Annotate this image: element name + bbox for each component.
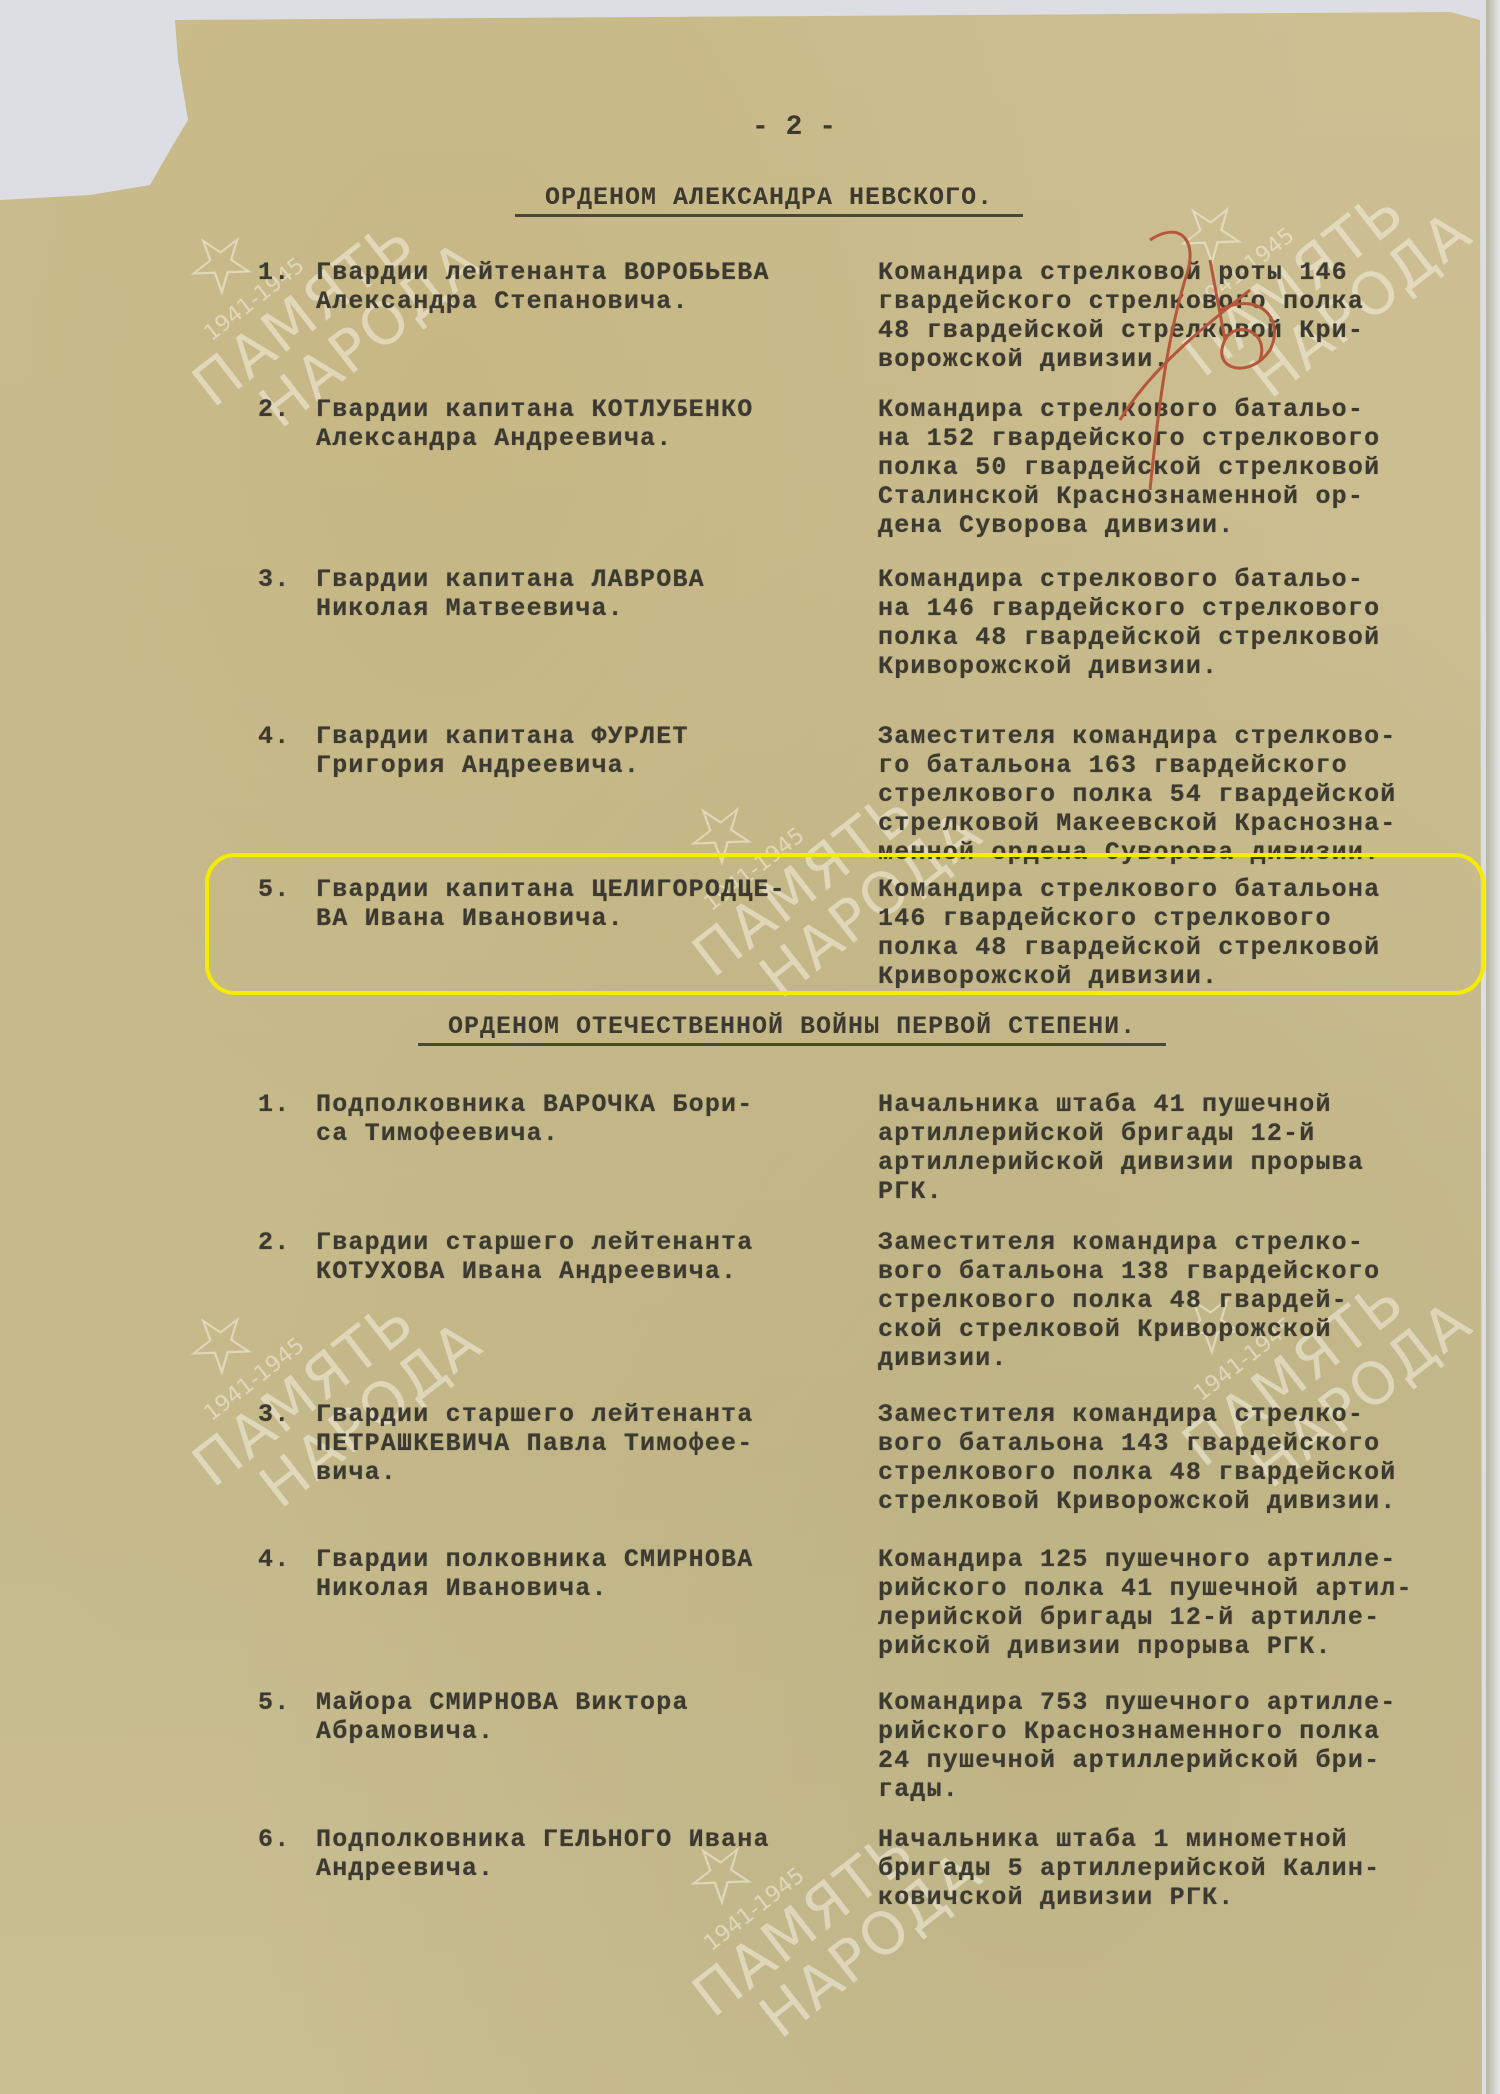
award-nominee-name: 3.Гвардии капитана ЛАВРОВА Николая Матве… [258, 565, 705, 623]
award-nominee-name: 5.Майора СМИРНОВА Виктора Абрамовича. [258, 1688, 689, 1746]
award-nominee-position: Начальника штаба 1 минометной бригады 5 … [878, 1825, 1380, 1912]
name-line: Абрамовича. [316, 1717, 494, 1746]
position-line: Командира 125 пушечного артилле- [878, 1545, 1396, 1574]
position-line: рийского полка 41 пушечной артил- [878, 1574, 1413, 1603]
entry-number: 3. [258, 565, 316, 594]
award-nominee-name: 2.Гвардии старшего лейтенанта КОТУХОВА И… [258, 1228, 753, 1286]
page-number: - 2 - [752, 112, 836, 143]
name-line: Андреевича. [316, 1854, 494, 1883]
position-line: Сталинской Краснознаменной ор- [878, 482, 1364, 511]
award-nominee-name: 4.Гвардии капитана ФУРЛЕТ Григория Андре… [258, 722, 689, 780]
position-line: артиллерийской бригады 12-й [878, 1119, 1315, 1148]
name-line: ПЕТРАШКЕВИЧА Павла Тимофее- [316, 1429, 753, 1458]
position-line: го батальона 163 гвардейского [878, 751, 1348, 780]
entry-number: 1. [258, 1090, 316, 1119]
name-line: Николая Ивановича. [316, 1574, 608, 1603]
position-line: РГК. [878, 1177, 943, 1206]
position-line: полка 50 гвардейской стрелковой [878, 453, 1380, 482]
position-line: Заместителя командира стрелко- [878, 1228, 1364, 1257]
position-line: Командира стрелкового батальо- [878, 565, 1364, 594]
entry-number: 1. [258, 258, 316, 287]
position-line: на 152 гвардейского стрелкового [878, 424, 1380, 453]
name-line: Гвардии лейтенанта ВОРОБЬЕВА [316, 258, 770, 287]
award-nominee-name: 2.Гвардии капитана КОТЛУБЕНКО Александра… [258, 395, 753, 453]
position-line: вого батальона 143 гвардейского [878, 1429, 1380, 1458]
name-line: Гвардии старшего лейтенанта [316, 1228, 753, 1257]
entry-number: 5. [258, 1688, 316, 1717]
position-line: рийской дивизии прорыва РГК. [878, 1632, 1332, 1661]
award-nominee-name: 1.Подполковника ВАРОЧКА Бори- са Тимофее… [258, 1090, 753, 1148]
award-nominee-position: Начальника штаба 41 пушечной артиллерийс… [878, 1090, 1364, 1206]
award-nominee-name: 1.Гвардии лейтенанта ВОРОБЬЕВА Александр… [258, 258, 770, 316]
position-line: бригады 5 артиллерийской Калин- [878, 1854, 1380, 1883]
position-line: гады. [878, 1775, 959, 1804]
award-nominee-position: Командира стрелкового батальо- на 152 гв… [878, 395, 1380, 540]
position-line: артиллерийской дивизии прорыва [878, 1148, 1364, 1177]
entry-number: 6. [258, 1825, 316, 1854]
entry-number: 4. [258, 1545, 316, 1574]
award-nominee-position: Заместителя командира стрелко- вого бата… [878, 1400, 1396, 1516]
name-line: Николая Матвеевича. [316, 594, 624, 623]
award-nominee-position: Командира стрелкового батальо- на 146 гв… [878, 565, 1380, 681]
name-line: Александра Степановича. [316, 287, 689, 316]
position-line: Заместителя командира стрелково- [878, 722, 1396, 751]
position-line: Начальника штаба 41 пушечной [878, 1090, 1332, 1119]
position-line: вого батальона 138 гвардейского [878, 1257, 1380, 1286]
position-line: гвардейского стрелкового полка [878, 287, 1364, 316]
position-line: Криворожской дивизии. [878, 652, 1218, 681]
award-nominee-name: 4.Гвардии полковника СМИРНОВА Николая Ив… [258, 1545, 753, 1603]
award-nominee-name: 3.Гвардии старшего лейтенанта ПЕТРАШКЕВИ… [258, 1400, 753, 1487]
name-line: Александра Андреевича. [316, 424, 672, 453]
position-line: стрелкового полка 48 гвардей- [878, 1286, 1348, 1315]
section-heading: ОРДЕНОМ ОТЕЧЕСТВЕННОЙ ВОЙНЫ ПЕРВОЙ СТЕПЕ… [418, 1012, 1166, 1046]
position-line: ской стрелковой Криворожской [878, 1315, 1332, 1344]
position-line: 48 гвардейской стрелковой Кри- [878, 316, 1364, 345]
position-line: ковичской дивизии РГК. [878, 1883, 1234, 1912]
entry-number: 2. [258, 395, 316, 424]
name-line: Гвардии полковника СМИРНОВА [316, 1545, 753, 1574]
award-nominee-position: Командира стрелковой роты 146 гвардейско… [878, 258, 1364, 374]
position-line: Начальника штаба 1 минометной [878, 1825, 1348, 1854]
award-nominee-position: Командира 753 пушечного артилле- рийског… [878, 1688, 1396, 1804]
position-line: рийского Краснознаменного полка [878, 1717, 1380, 1746]
position-line: Командира 753 пушечного артилле- [878, 1688, 1396, 1717]
name-line: Гвардии старшего лейтенанта [316, 1400, 753, 1429]
name-line: са Тимофеевича. [316, 1119, 559, 1148]
name-line: Гвардии капитана ФУРЛЕТ [316, 722, 689, 751]
name-line: Гвардии капитана ЛАВРОВА [316, 565, 705, 594]
position-line: Командира стрелкового батальо- [878, 395, 1364, 424]
entry-number: 3. [258, 1400, 316, 1429]
entry-number: 2. [258, 1228, 316, 1257]
name-line: Майора СМИРНОВА Виктора [316, 1688, 689, 1717]
scanner-edge [1486, 0, 1500, 2094]
highlight-box [205, 853, 1485, 995]
award-nominee-name: 6.Подполковника ГЕЛЬНОГО Ивана Андреевич… [258, 1825, 770, 1883]
name-line: Подполковника ВАРОЧКА Бори- [316, 1090, 753, 1119]
position-line: лерийской бригады 12-й артилле- [878, 1603, 1380, 1632]
position-line: полка 48 гвардейской стрелковой [878, 623, 1380, 652]
name-line: КОТУХОВА Ивана Андреевича. [316, 1257, 737, 1286]
award-nominee-position: Заместителя командира стрелково- го бата… [878, 722, 1396, 867]
position-line: ворожской дивизии. [878, 345, 1170, 374]
award-nominee-position: Командира 125 пушечного артилле- рийског… [878, 1545, 1413, 1661]
award-nominee-position: Заместителя командира стрелко- вого бата… [878, 1228, 1380, 1373]
name-line: Подполковника ГЕЛЬНОГО Ивана [316, 1825, 770, 1854]
position-line: 24 пушечной артиллерийской бри- [878, 1746, 1380, 1775]
name-line: Гвардии капитана КОТЛУБЕНКО [316, 395, 753, 424]
position-line: дена Суворова дивизии. [878, 511, 1234, 540]
entry-number: 4. [258, 722, 316, 751]
position-line: дивизии. [878, 1344, 1008, 1373]
section-heading: ОРДЕНОМ АЛЕКСАНДРА НЕВСКОГО. [515, 183, 1023, 217]
name-line: вича. [316, 1458, 397, 1487]
position-line: стрелкового полка 48 гвардейской [878, 1458, 1396, 1487]
position-line: Командира стрелковой роты 146 [878, 258, 1348, 287]
name-line: Григория Андреевича. [316, 751, 640, 780]
position-line: стрелковой Макеевской Краснозна- [878, 809, 1396, 838]
position-line: стрелкового полка 54 гвардейской [878, 780, 1396, 809]
position-line: на 146 гвардейского стрелкового [878, 594, 1380, 623]
position-line: стрелковой Криворожской дивизии. [878, 1487, 1396, 1516]
position-line: Заместителя командира стрелко- [878, 1400, 1364, 1429]
